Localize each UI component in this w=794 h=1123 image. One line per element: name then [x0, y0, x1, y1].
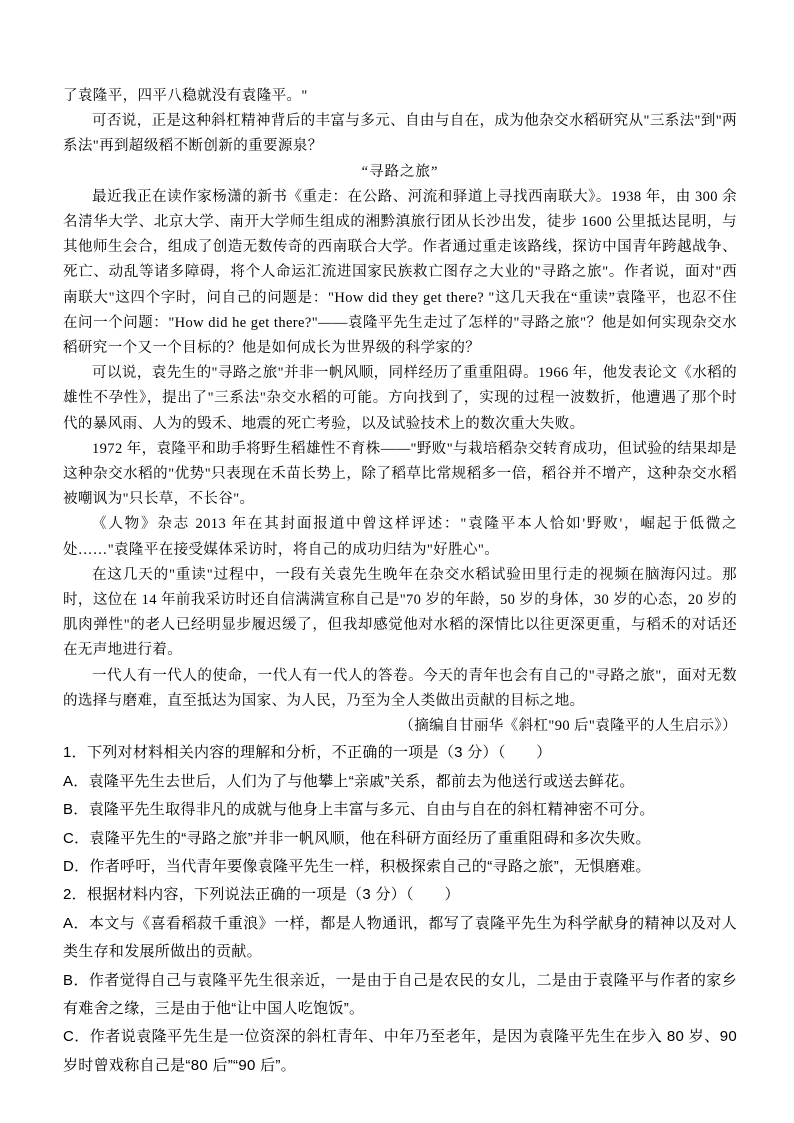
- passage-paragraph-1966: 可以说，袁先生的"寻路之旅"并非一帆风顺，同样经历了重重阻碍。1966 年，他发…: [63, 361, 737, 437]
- question-1-option-a: A．袁隆平先生去世后，人们为了与他攀上“亲戚”关系，都前去为他送行或送去鲜花。: [63, 768, 737, 796]
- passage-paragraph-renwu-magazine: 《人物》杂志 2013 年在其封面报道中曾这样评述："袁隆平本人恰如'野败'，崛…: [63, 512, 737, 562]
- question-2-option-b: B．作者觉得自己与袁隆平先生很亲近，一是由于自己是农民的女儿，二是由于袁隆平与作…: [63, 967, 737, 1024]
- passage-paragraph-reread-video: 在这几天的"重读"过程中，一段有关袁先生晚年在杂交水稻试验田里行走的视频在脑海闪…: [63, 563, 737, 664]
- question-1-stem: 1．下列对材料相关内容的理解和分析，不正确的一项是（3 分）（ ）: [63, 739, 737, 767]
- passage-paragraph-continuation: 了袁隆平，四平八稳就没有袁隆平。": [63, 84, 737, 109]
- passage-paragraph-slash-spirit: 可否说，正是这种斜杠精神背后的丰富与多元、自由与自在，成为他杂交水稻研究从"三系…: [63, 109, 737, 159]
- question-1-option-b: B．袁隆平先生取得非凡的成就与他身上丰富与多元、自由与自在的斜杠精神密不可分。: [63, 796, 737, 824]
- section-title: “寻路之旅”: [63, 160, 737, 185]
- question-1-option-d: D．作者呼吁，当代青年要像袁隆平先生一样，积极探索自己的“寻路之旅”，无惧磨难。: [63, 853, 737, 881]
- question-section: 1．下列对材料相关内容的理解和分析，不正确的一项是（3 分）（ ） A．袁隆平先…: [63, 739, 737, 1080]
- document-page: 了袁隆平，四平八稳就没有袁隆平。" 可否说，正是这种斜杠精神背后的丰富与多元、自…: [0, 0, 794, 1123]
- question-2: 2．根据材料内容，下列说法正确的一项是（3 分）（ ） A．本文与《喜看稻菽千重…: [63, 881, 737, 1080]
- passage-paragraph-book-lianda: 最近我正在读作家杨潇的新书《重走：在公路、河流和驿道上寻找西南联大》。1938 …: [63, 185, 737, 361]
- question-2-option-a: A．本文与《喜看稻菽千重浪》一样，都是人物通讯，都写了袁隆平先生为科学献身的精神…: [63, 910, 737, 967]
- passage-paragraph-1972: 1972 年，袁隆平和助手将野生稻雄性不育株——"野败"与栽培稻杂交转育成功，但…: [63, 437, 737, 513]
- question-1: 1．下列对材料相关内容的理解和分析，不正确的一项是（3 分）（ ） A．袁隆平先…: [63, 739, 737, 881]
- question-2-option-c: C．作者说袁隆平先生是一位资深的斜杠青年、中年乃至老年，是因为袁隆平先生在步入 …: [63, 1023, 737, 1080]
- passage-paragraph-generation-mission: 一代人有一代人的使命，一代人有一代人的答卷。今天的青年也会有自己的"寻路之旅"，…: [63, 664, 737, 714]
- attribution: （摘编自甘丽华《斜杠"90 后"袁隆平的人生启示》）: [63, 714, 737, 739]
- question-1-option-c: C．袁隆平先生的“寻路之旅”并非一帆风顺，他在科研方面经历了重重阻碍和多次失败。: [63, 825, 737, 853]
- question-2-stem: 2．根据材料内容，下列说法正确的一项是（3 分）（ ）: [63, 881, 737, 909]
- reading-passage: 了袁隆平，四平八稳就没有袁隆平。" 可否说，正是这种斜杠精神背后的丰富与多元、自…: [63, 84, 737, 739]
